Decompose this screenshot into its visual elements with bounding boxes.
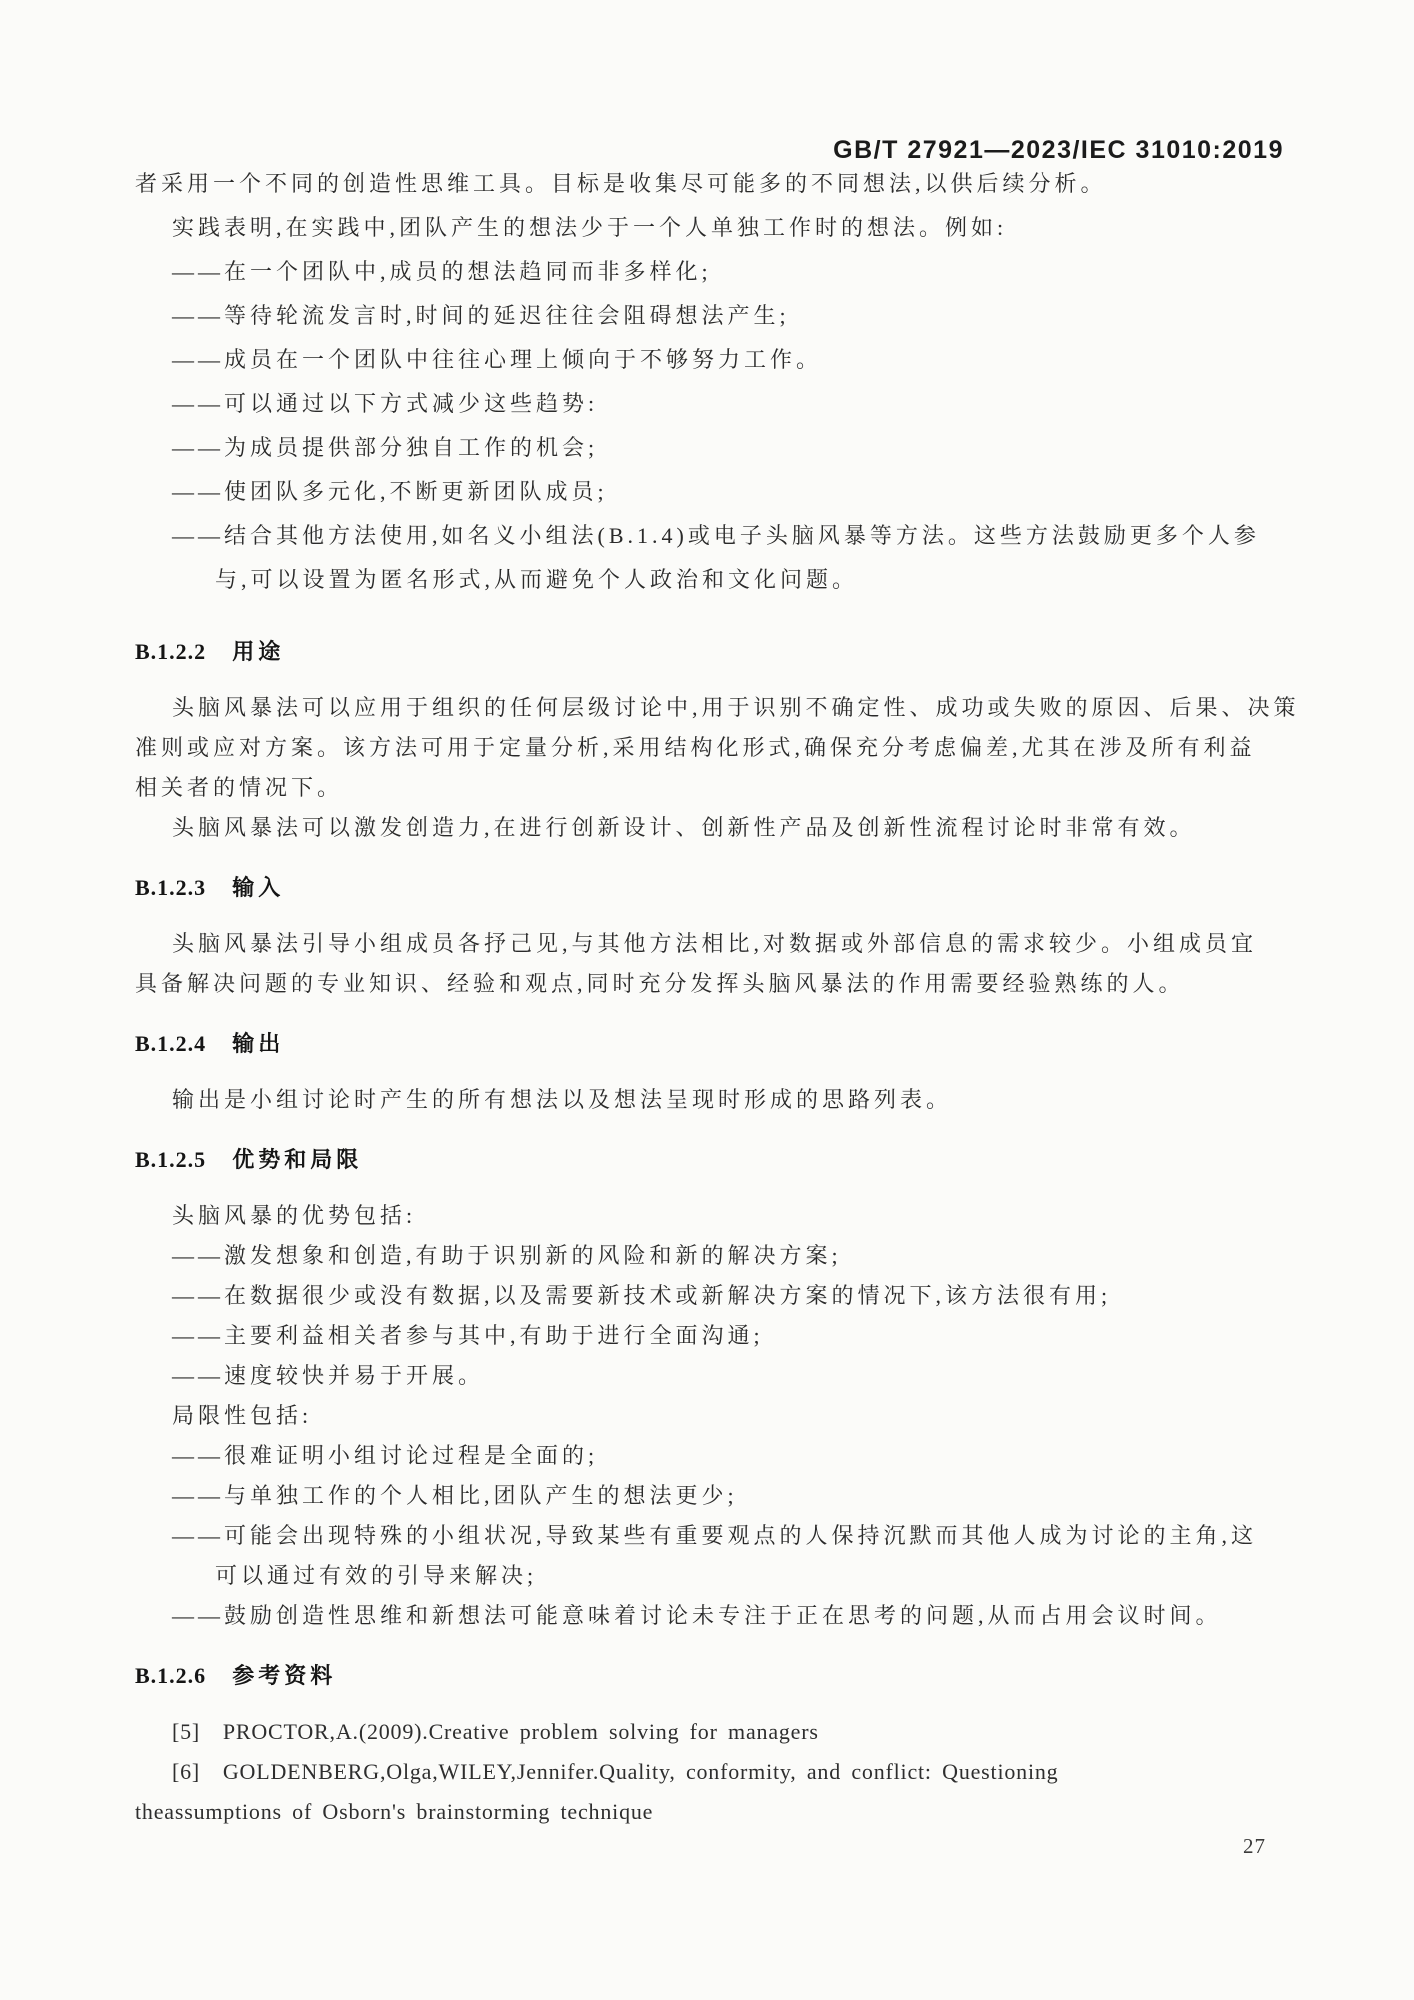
section-heading: B.1.2.3输入 [135,868,1294,908]
section-number: B.1.2.4 [135,1031,206,1056]
text-line: ——激发想象和创造,有助于识别新的风险和新的解决方案; [135,1236,1294,1276]
text-line: ——成员在一个团队中往往心理上倾向于不够努力工作。 [135,338,1294,382]
section-number: B.1.2.2 [135,639,206,664]
section-heading: B.1.2.6参考资料 [135,1656,1294,1696]
section-number: B.1.2.6 [135,1663,206,1688]
text-line: 者采用一个不同的创造性思维工具。目标是收集尽可能多的不同想法,以供后续分析。 [135,162,1294,206]
text-line: ——等待轮流发言时,时间的延迟往往会阻碍想法产生; [135,294,1294,338]
reference-line: [6] GOLDENBERG,Olga,WILEY,Jennifer.Quali… [135,1752,1294,1792]
reference-line: [5] PROCTOR,A.(2009).Creative problem so… [135,1712,1294,1752]
page-number: 27 [1243,1834,1266,1859]
text-line: 与,可以设置为匿名形式,从而避免个人政治和文化问题。 [135,558,1294,602]
text-line: ——可能会出现特殊的小组状况,导致某些有重要观点的人保持沉默而其他人成为讨论的主… [135,1516,1294,1556]
text-line: 输出是小组讨论时产生的所有想法以及想法呈现时形成的思路列表。 [135,1080,1294,1120]
text-line: 头脑风暴法引导小组成员各抒己见,与其他方法相比,对数据或外部信息的需求较少。小组… [135,924,1294,964]
text-line: 头脑风暴的优势包括: [135,1196,1294,1236]
text-line: ——速度较快并易于开展。 [135,1356,1294,1396]
section-title: 输入 [232,875,284,900]
section-title: 优势和局限 [232,1147,362,1172]
text-line: 实践表明,在实践中,团队产生的想法少于一个人单独工作时的想法。例如: [135,206,1294,250]
text-line: ——鼓励创造性思维和新想法可能意味着讨论未专注于正在思考的问题,从而占用会议时间… [135,1596,1294,1636]
text-line: 局限性包括: [135,1396,1294,1436]
text-line: 头脑风暴法可以应用于组织的任何层级讨论中,用于识别不确定性、成功或失败的原因、后… [135,688,1294,728]
text-line: ——可以通过以下方式减少这些趋势: [135,382,1294,426]
text-line: 可以通过有效的引导来解决; [135,1556,1294,1596]
section-heading: B.1.2.2用途 [135,632,1294,672]
text-line: 头脑风暴法可以激发创造力,在进行创新设计、创新性产品及创新性流程讨论时非常有效。 [135,808,1294,848]
document-body: 者采用一个不同的创造性思维工具。目标是收集尽可能多的不同想法,以供后续分析。实践… [135,0,1294,1832]
text-line: ——为成员提供部分独自工作的机会; [135,426,1294,470]
reference-line: theassumptions of Osborn's brainstorming… [135,1792,1294,1832]
text-line: 具备解决问题的专业知识、经验和观点,同时充分发挥头脑风暴法的作用需要经验熟练的人… [135,964,1294,1004]
section-title: 用途 [232,639,284,664]
text-line: ——在一个团队中,成员的想法趋同而非多样化; [135,250,1294,294]
section-number: B.1.2.3 [135,875,206,900]
text-line: 准则或应对方案。该方法可用于定量分析,采用结构化形式,确保充分考虑偏差,尤其在涉… [135,728,1294,768]
section-heading: B.1.2.5优势和局限 [135,1140,1294,1180]
text-line: ——与单独工作的个人相比,团队产生的想法更少; [135,1476,1294,1516]
text-line: ——在数据很少或没有数据,以及需要新技术或新解决方案的情况下,该方法很有用; [135,1276,1294,1316]
text-line: 相关者的情况下。 [135,768,1294,808]
text-line: ——主要利益相关者参与其中,有助于进行全面沟通; [135,1316,1294,1356]
section-title: 参考资料 [232,1663,336,1688]
text-line: ——结合其他方法使用,如名义小组法(B.1.4)或电子头脑风暴等方法。这些方法鼓… [135,514,1294,558]
section-title: 输出 [232,1031,284,1056]
text-line: ——很难证明小组讨论过程是全面的; [135,1436,1294,1476]
document-page: GB/T 27921—2023/IEC 31010:2019 者采用一个不同的创… [0,0,1414,2000]
text-line: ——使团队多元化,不断更新团队成员; [135,470,1294,514]
section-heading: B.1.2.4输出 [135,1024,1294,1064]
section-number: B.1.2.5 [135,1147,206,1172]
